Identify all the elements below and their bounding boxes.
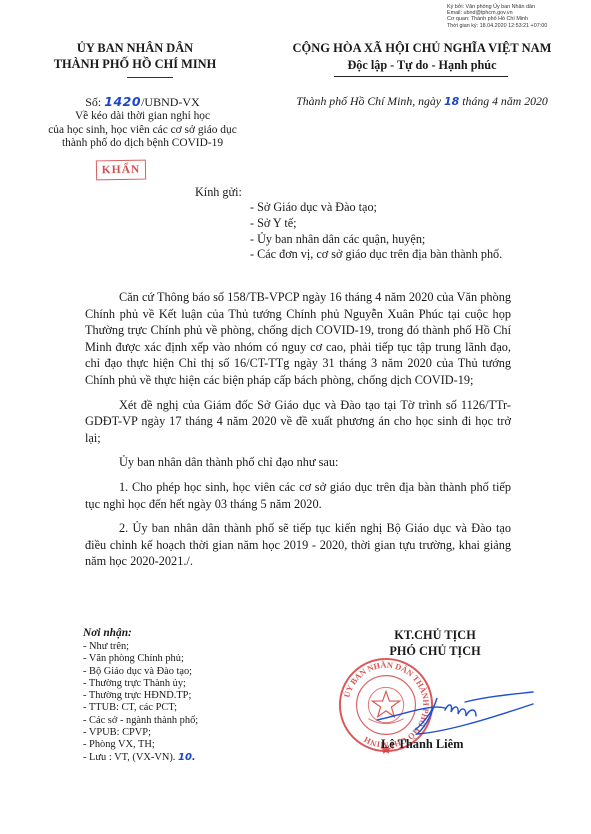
place-and-date: Thành phố Hồ Chí Minh, ngày 18 tháng 4 n…	[262, 94, 582, 109]
recipient-item-archive: - Lưu : VT, (VX-VN). 10.	[83, 752, 198, 764]
addressee-item: - Ủy ban nhân dân các quận, huyện;	[250, 232, 502, 248]
recipient-item: - Các sở - ngành thành phố;	[83, 715, 198, 727]
signature-time: Thời gian ký: 18.04.2020 12:53:21 +07:00	[447, 23, 589, 29]
national-motto: Độc lập - Tự do - Hạnh phúc	[262, 57, 582, 73]
document-body: Căn cứ Thông báo số 158/TB-VPCP ngày 16 …	[85, 289, 511, 578]
handwritten-signature-icon	[375, 690, 535, 740]
addressee-list: - Sở Giáo dục và Đào tạo; - Sở Y tế; - Ủ…	[250, 200, 502, 263]
authority-line-2: THÀNH PHỐ HỒ CHÍ MINH	[40, 56, 230, 72]
recipient-item: - Văn phòng Chính phủ;	[83, 653, 198, 665]
addressee-item: - Sở Giáo dục và Đào tạo;	[250, 200, 502, 216]
recipient-item: - Thường trực HĐND.TP;	[83, 690, 198, 702]
addressee-label: Kính gửi:	[195, 185, 242, 200]
handwritten-number: 1420	[104, 94, 141, 109]
motto-underline	[334, 76, 508, 77]
urgent-stamp: KHẨN	[96, 160, 146, 181]
issuing-authority: ỦY BAN NHÂN DÂN THÀNH PHỐ HỒ CHÍ MINH	[40, 40, 230, 72]
recipients-title: Nơi nhận:	[83, 627, 132, 639]
recipient-item: - Phòng VX, TH;	[83, 739, 198, 751]
body-paragraph: Căn cứ Thông báo số 158/TB-VPCP ngày 16 …	[85, 289, 511, 389]
body-paragraph: 2. Ủy ban nhân dân thành phố sẽ tiếp tục…	[85, 520, 511, 570]
authority-line-1: ỦY BAN NHÂN DÂN	[40, 40, 230, 56]
recipient-item: - VPUB: CPVP;	[83, 727, 198, 739]
handwritten-day: 18	[444, 95, 459, 108]
national-title: CỘNG HÒA XÃ HỘI CHỦ NGHĨA VIỆT NAM	[262, 40, 582, 56]
addressee-item: - Sở Y tế;	[250, 216, 502, 232]
body-paragraph: 1. Cho phép học sinh, học viên các cơ sở…	[85, 479, 511, 512]
recipients-list: - Như trên; - Văn phòng Chính phủ; - Bộ …	[83, 641, 198, 764]
authority-divider	[127, 77, 173, 78]
signer-title: KT.CHỦ TỊCH PHÓ CHỦ TỊCH	[360, 627, 510, 659]
digital-signature-info: Ký bởi: Văn phòng Ủy ban Nhân dân Email:…	[447, 4, 589, 29]
addressee-item: - Các đơn vị, cơ sở giáo dục trên địa bà…	[250, 247, 502, 263]
handwritten-copies: 10.	[178, 752, 196, 763]
recipient-item: - Bộ Giáo dục và Đào tạo;	[83, 666, 198, 678]
recipient-item: - Như trên;	[83, 641, 198, 653]
recipient-item: - TTUB: CT, các PCT;	[83, 702, 198, 714]
document-subject: Về kéo dài thời gian nghỉ học của học si…	[40, 110, 245, 151]
body-paragraph: Ủy ban nhân dân thành phố chỉ đạo như sa…	[85, 454, 511, 471]
body-paragraph: Xét đề nghị của Giám đốc Sở Giáo dục và …	[85, 397, 511, 447]
document-number: Số: 1420/UBND-VX	[40, 95, 245, 109]
recipient-item: - Thường trực Thành ủy;	[83, 678, 198, 690]
signer-name: Lê Thanh Liêm	[381, 737, 463, 752]
